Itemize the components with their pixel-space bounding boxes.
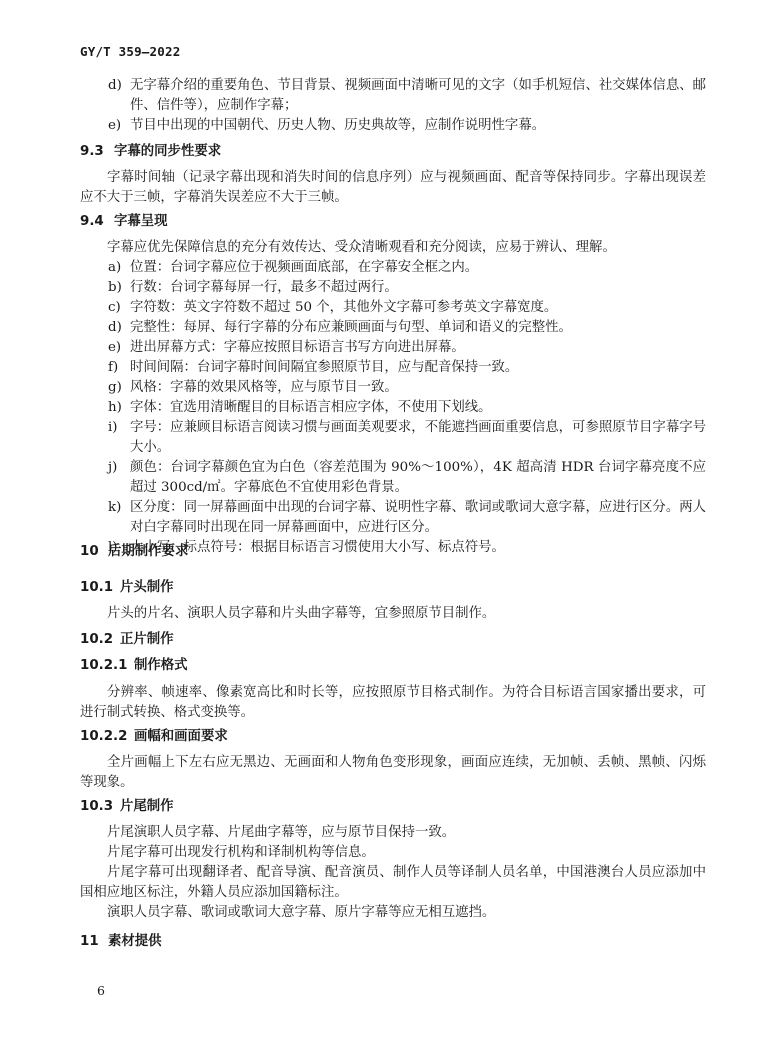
section-heading-10-2-2: 10.2.2画幅和画面要求	[80, 727, 706, 747]
list-item: g)风格：字幕的效果风格等，应与原节目一致。	[80, 378, 706, 398]
section-number: 10.1	[80, 578, 120, 598]
list-marker: d)	[108, 318, 122, 338]
list-item: k)区分度：同一屏幕画面中出现的台词字幕、说明性字幕、歌词或歌词大意字幕，应进行…	[80, 498, 706, 538]
section-10-3-body: 片尾演职人员字幕、片尾曲字幕等，应与原节目保持一致。 片尾字幕可出现发行机构和译…	[80, 823, 706, 923]
list-item-text: 位置：台词字幕应位于视频画面底部，在字幕安全框之内。	[130, 260, 478, 275]
list-item: j)颜色：台词字幕颜色宜为白色（容差范围为 90%～100%），4K 超高清 H…	[80, 458, 706, 498]
section-number: 11	[80, 932, 108, 952]
section-10-2-1-body: 分辨率、帧速率、像素宽高比和时长等，应按照原节目格式制作。为符合目标语言国家播出…	[80, 683, 706, 723]
list-marker: i)	[108, 418, 118, 438]
section-number: 10.3	[80, 797, 120, 817]
list-item: e)进出屏幕方式：字幕应按照目标语言书写方向进出屏幕。	[80, 338, 706, 358]
list-item: h)字体：宜选用清晰醒目的目标语言相应字体，不使用下划线。	[80, 398, 706, 418]
document-page: GY/T 359—2022 d) 无字幕介绍的重要角色、节目背景、视频画面中清晰…	[0, 0, 762, 1044]
section-title: 字幕呈现	[114, 214, 168, 229]
section-title: 正片制作	[120, 632, 174, 647]
list-marker: g)	[108, 378, 122, 398]
list-marker: e)	[108, 338, 121, 358]
list-item-text: 颜色：台词字幕颜色宜为白色（容差范围为 90%～100%），4K 超高清 HDR…	[130, 460, 706, 495]
list-item: f)时间间隔：台词字幕时间间隔宜参照原节目，应与配音保持一致。	[80, 358, 706, 378]
list-marker: a)	[108, 258, 121, 278]
list-item-text: 字体：宜选用清晰醒目的目标语言相应字体，不使用下划线。	[130, 400, 492, 415]
list-marker: d)	[108, 76, 122, 96]
section-heading-9-3: 9.3字幕的同步性要求	[80, 142, 706, 162]
paragraph: 片尾演职人员字幕、片尾曲字幕等，应与原节目保持一致。	[80, 823, 706, 843]
section-title: 片头制作	[120, 580, 174, 595]
list-item: d) 无字幕介绍的重要角色、节目背景、视频画面中清晰可见的文字（如手机短信、社交…	[80, 76, 706, 116]
list-item-text: 区分度：同一屏幕画面中出现的台词字幕、说明性字幕、歌词或歌词大意字幕，应进行区分…	[130, 500, 706, 535]
list-item-text: 完整性：每屏、每行字幕的分布应兼顾画面与句型、单词和语义的完整性。	[130, 320, 572, 335]
section-9-4-list: a)位置：台词字幕应位于视频画面底部，在字幕安全框之内。 b)行数：台词字幕每屏…	[80, 258, 706, 558]
list-item-text: 字号：应兼顾目标语言阅读习惯与画面美观要求，不能遮挡画面重要信息，可参照原节目字…	[130, 420, 706, 455]
list-item-text: 进出屏幕方式：字幕应按照目标语言书写方向进出屏幕。	[130, 340, 465, 355]
list-item-text: 时间间隔：台词字幕时间间隔宜参照原节目，应与配音保持一致。	[130, 360, 518, 375]
list-marker: c)	[108, 298, 121, 318]
list-marker: f)	[108, 358, 118, 378]
section-number: 10.2.2	[80, 727, 134, 747]
page-number: 6	[97, 983, 105, 998]
section-number: 10.2	[80, 630, 120, 650]
list-item-text: 无字幕介绍的重要角色、节目背景、视频画面中清晰可见的文字（如手机短信、社交媒体信…	[130, 78, 706, 113]
document-id-header: GY/T 359—2022	[80, 44, 180, 59]
section-heading-11: 11素材提供	[80, 932, 706, 952]
section-heading-10: 10后期制作要求	[80, 542, 706, 562]
section-10-2-2-body: 全片画幅上下左右应无黑边、无画面和人物角色变形现象，画面应连续，无加帧、丢帧、黑…	[80, 753, 706, 793]
list-marker: k)	[108, 498, 121, 518]
list-marker: j)	[108, 458, 117, 478]
paragraph: 片尾字幕可出现发行机构和译制机构等信息。	[80, 843, 706, 863]
list-item: a)位置：台词字幕应位于视频画面底部，在字幕安全框之内。	[80, 258, 706, 278]
list-marker: b)	[108, 278, 122, 298]
section-10-1-body: 片头的片名、演职人员字幕和片头曲字幕等，宜参照原节目制作。	[80, 604, 706, 624]
section-9-3-body: 字幕时间轴（记录字幕出现和消失时间的信息序列）应与视频画面、配音等保持同步。字幕…	[80, 168, 706, 208]
list-item-text: 字符数：英文字符数不超过 50 个，其他外文字幕可参考英文字幕宽度。	[130, 300, 557, 315]
list-item: b)行数：台词字幕每屏一行，最多不超过两行。	[80, 278, 706, 298]
list-item-text: 风格：字幕的效果风格等，应与原节目一致。	[130, 380, 398, 395]
section-title: 素材提供	[108, 934, 162, 949]
section-title: 制作格式	[134, 658, 188, 673]
paragraph: 演职人员字幕、歌词或歌词大意字幕、原片字幕等应无相互遮挡。	[80, 903, 706, 923]
list-marker: h)	[108, 398, 122, 418]
list-marker: e)	[108, 116, 121, 136]
list-item-text: 节目中出现的中国朝代、历史人物、历史典故等，应制作说明性字幕。	[130, 118, 545, 133]
section-title: 后期制作要求	[108, 544, 188, 559]
list-item: d)完整性：每屏、每行字幕的分布应兼顾画面与句型、单词和语义的完整性。	[80, 318, 706, 338]
list-item-text: 行数：台词字幕每屏一行，最多不超过两行。	[130, 280, 398, 295]
paragraph: 片尾字幕可出现翻译者、配音导演、配音演员、制作人员等译制人员名单，中国港澳台人员…	[80, 863, 706, 903]
list-item: e) 节目中出现的中国朝代、历史人物、历史典故等，应制作说明性字幕。	[80, 116, 706, 136]
section-heading-10-2-1: 10.2.1制作格式	[80, 656, 706, 676]
section-9-2-list: d) 无字幕介绍的重要角色、节目背景、视频画面中清晰可见的文字（如手机短信、社交…	[80, 76, 706, 136]
section-title: 画幅和画面要求	[134, 729, 228, 744]
section-heading-10-3: 10.3片尾制作	[80, 797, 706, 817]
section-heading-9-4: 9.4字幕呈现	[80, 212, 706, 232]
list-item: c)字符数：英文字符数不超过 50 个，其他外文字幕可参考英文字幕宽度。	[80, 298, 706, 318]
list-item: i)字号：应兼顾目标语言阅读习惯与画面美观要求，不能遮挡画面重要信息，可参照原节…	[80, 418, 706, 458]
section-title: 片尾制作	[120, 799, 174, 814]
section-9-4-intro: 字幕应优先保障信息的充分有效传达、受众清晰观看和充分阅读，应易于辨认、理解。	[80, 238, 706, 258]
section-number: 10	[80, 542, 108, 562]
section-number: 9.4	[80, 212, 114, 232]
section-title: 字幕的同步性要求	[114, 144, 221, 159]
section-heading-10-1: 10.1片头制作	[80, 578, 706, 598]
section-number: 9.3	[80, 142, 114, 162]
section-number: 10.2.1	[80, 656, 134, 676]
section-heading-10-2: 10.2正片制作	[80, 630, 706, 650]
